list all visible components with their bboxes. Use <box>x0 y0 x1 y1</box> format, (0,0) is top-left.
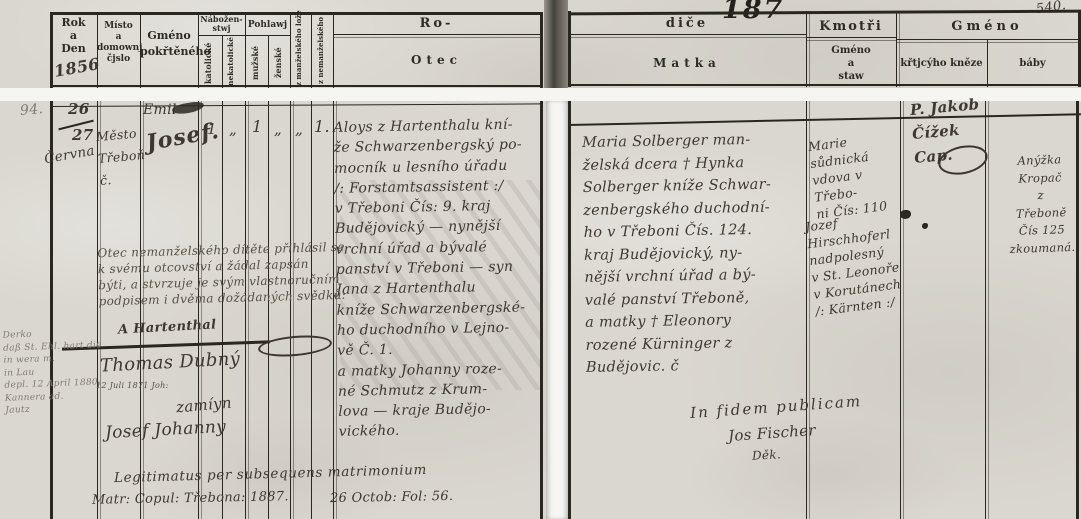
legitimation-line2-right: 26 Octob: Fol: 56. <box>330 489 454 506</box>
rule <box>568 34 806 35</box>
tick-male: 1 <box>252 117 262 136</box>
rule <box>268 101 269 519</box>
column-header-legitimate: z manželského lože <box>294 15 303 86</box>
godparent2-entry: Jozef Hirschhoferl nadpolesný v St. Leon… <box>804 206 916 319</box>
rule <box>896 39 1078 40</box>
column-header-priest: křtjcýho kněze <box>896 58 987 69</box>
header-bottom-rule <box>568 84 1081 86</box>
rule <box>268 35 269 88</box>
attestation-title: Děk. <box>752 447 782 462</box>
column-header-godparents: Kmotři <box>806 19 896 34</box>
tick-catholic: 1 <box>207 120 217 138</box>
column-header-catholic: katolické <box>203 40 213 86</box>
book-spine <box>544 0 568 88</box>
column-header-godparents-sub: Gméno a staw <box>806 44 896 83</box>
column-header-midwife: báby <box>987 58 1078 69</box>
column-header-parents-left: Ro- <box>333 16 540 31</box>
rule <box>333 34 540 35</box>
midwife-entry: Anýžka Kropač z Třeboně Čís 125 zkoumaná… <box>1002 151 1080 259</box>
column-header-religion: Nábožen- stwj <box>198 15 245 33</box>
entry-day-lower: 27 <box>72 126 93 144</box>
register-spread-scan: 187 540. Rok a Den 1856 Místo a domownj … <box>0 0 1081 519</box>
tick-illegitimate: 1. <box>314 117 330 136</box>
column-header-names-group: Gméno <box>896 19 1078 34</box>
rule <box>245 101 246 519</box>
record-number: 94. <box>19 101 43 119</box>
column-header-parents-right: diče <box>568 16 806 31</box>
page-gutter <box>546 101 568 519</box>
rule <box>311 12 312 88</box>
rule <box>198 101 199 519</box>
column-header-father: Otec <box>333 53 540 67</box>
column-header-sex: Pohlawj <box>245 20 290 30</box>
column-header-female: ženské <box>273 40 283 86</box>
rule <box>222 35 223 88</box>
tick-female: „ <box>274 120 282 138</box>
rule <box>806 37 896 38</box>
column-header-illegitimate: z nemanželského <box>316 15 325 86</box>
column-header-mother: Matka <box>568 56 806 70</box>
rule <box>198 35 290 36</box>
column-header-year: Rok a Den <box>50 16 97 55</box>
rule <box>568 101 571 519</box>
paternity-note: Otec nemanželského dítěte přihlásil se k… <box>97 239 351 310</box>
entry-day-upper: 26 <box>68 100 89 118</box>
mother-entry: Maria Solberger man- želská dcera † Hynk… <box>582 128 808 379</box>
entry-place: Město Třeboň č. <box>95 122 148 192</box>
tick-legitimate: „ <box>295 120 303 138</box>
column-header-noncatholic: nekatolické <box>226 40 235 86</box>
rule <box>311 101 312 519</box>
father-entry: Aloys z Hartenthalu kní- že Schwarzenber… <box>333 114 551 442</box>
rule <box>540 12 543 88</box>
rule <box>290 101 291 519</box>
rule <box>222 101 223 519</box>
witness1-note: 12 Juli 1871 Joh: <box>96 381 169 390</box>
tick-noncatholic: „ <box>229 120 237 138</box>
column-header-place: Místo a domownj čjslo <box>97 21 140 65</box>
margin-note: Derko daß St. Ehl. hart die in wera m. i… <box>3 326 106 417</box>
column-header-male: mužské <box>250 40 260 86</box>
column-header-name: Gméno pokřtěného <box>140 28 198 60</box>
rule <box>290 12 291 88</box>
